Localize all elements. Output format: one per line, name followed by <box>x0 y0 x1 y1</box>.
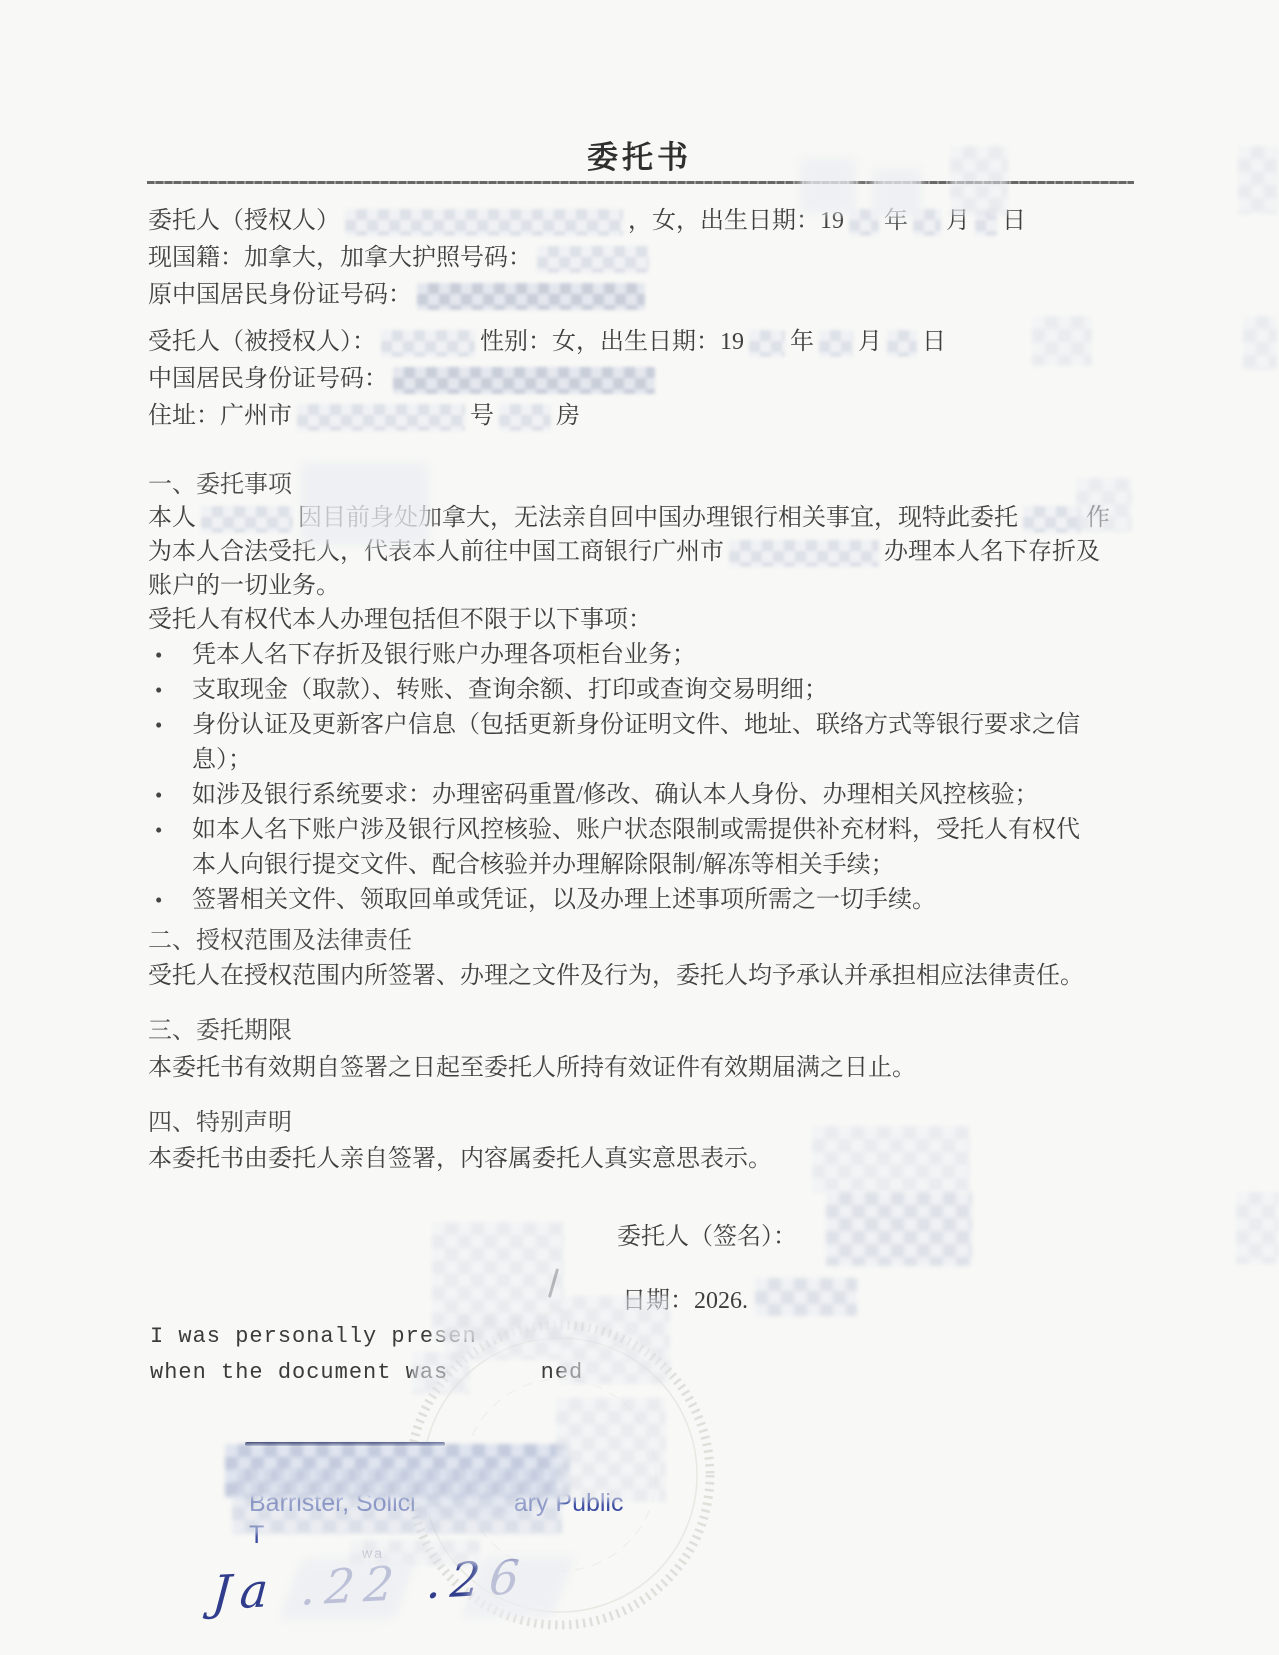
notary-english-line-2: when the document was ned <box>150 1360 583 1385</box>
section4-heading: 四、特别声明 <box>148 1105 292 1142</box>
former-id-label: 原中国居民身份证号码： <box>148 282 412 308</box>
scan-smudge <box>300 462 430 546</box>
bullet-text: 支取现金（取款）、转账、查询余额、打印或查询交易明细； <box>192 673 828 708</box>
bullet-dot: • <box>148 778 192 813</box>
scan-smudge <box>872 168 922 218</box>
bullet-dot: • <box>148 673 192 708</box>
scan-smudge <box>279 1558 418 1620</box>
agent-line-1: 受托人（被授权人）：性别：女，出生日期：19年月日 <box>148 324 946 361</box>
redaction-agent-birth-day <box>887 330 917 357</box>
bullet-item-continuation: 息）； <box>148 743 1148 778</box>
redaction-former-id-number <box>417 283 645 310</box>
redaction-smudge <box>950 146 1008 216</box>
text-fragment: 办理本人名下存折及 <box>884 539 1100 565</box>
text-fragment: when the document was <box>150 1360 448 1385</box>
bullet-dot: • <box>148 883 192 918</box>
section3-heading: 三、委托期限 <box>148 1013 292 1050</box>
nationality-passport-label: 现国籍：加拿大，加拿大护照号码： <box>148 245 532 271</box>
redaction-branch-name <box>729 540 879 567</box>
redaction-agent-name-2 <box>1023 506 1081 533</box>
text-fragment: 本人 <box>148 505 196 531</box>
redaction-principal-name <box>345 209 623 236</box>
section1-p-line2: 为本人合法受托人，代表本人前往中国工商银行广州市办理本人名下存折及 <box>148 535 1110 569</box>
agent-dob-label: 性别：女，出生日期：19 <box>480 329 744 355</box>
redaction-agent-name <box>381 330 475 357</box>
section4-paragraph: 本委托书由委托人亲自签署，内容属委托人真实意思表示。 <box>148 1141 772 1178</box>
bullet-item: •支取现金（取款）、转账、查询余额、打印或查询交易明细； <box>148 673 1148 708</box>
redaction-smudge <box>1236 1192 1279 1264</box>
address-label: 住址：广州市 <box>148 403 292 429</box>
bullet-dot: • <box>148 708 192 743</box>
bullet-item: •签署相关文件、领取回单或凭证，以及办理上述事项所需之一切手续。 <box>148 883 1148 918</box>
redaction-smudge <box>1243 316 1277 370</box>
page-title: 委托书 <box>0 132 1279 177</box>
redaction-principal-name-2 <box>201 506 293 533</box>
redaction-address-2 <box>499 404 551 431</box>
redaction-smudge <box>1238 146 1278 214</box>
notary-english-line-1: I was personally presen <box>150 1324 477 1349</box>
principal-line-2: 现国籍：加拿大，加拿大护照号码： <box>148 240 1026 277</box>
address-hao-char: 号 <box>470 403 494 429</box>
month-char: 月 <box>858 329 882 355</box>
redaction-agent-id-number <box>393 367 655 394</box>
bullet-list: •凭本人名下存折及银行账户办理各项柜台业务； •支取现金（取款）、转账、查询余额… <box>148 638 1148 918</box>
redaction-address-1 <box>297 404 465 431</box>
redaction-smudge <box>556 1398 666 1502</box>
address-fang-char: 房 <box>556 403 580 429</box>
bullet-text: 如本人名下账户涉及银行风控核验、账户状态限制或需提供补充材料，受托人有权代 <box>192 813 1080 848</box>
section1-p-line1: 本人因目前身处加拿大，无法亲自回中国办理银行相关事宜，现特此委托作 <box>148 501 1110 535</box>
text-fragment: 为本人合法受托人，代表本人前往中国工商银行广州市 <box>148 539 724 565</box>
redaction-agent-birth-month <box>819 330 853 357</box>
section2-paragraph: 受托人在授权范围内所签署、办理之文件及行为，委托人均予承认并承担相应法律责任。 <box>148 958 1084 995</box>
redaction-notary-stamp <box>232 1468 562 1534</box>
redaction-english-text <box>412 1352 470 1394</box>
scanned-document-page: 委托书 委托人（授权人），女，出生日期：19年月日 现国籍：加拿大，加拿大护照号… <box>0 0 1279 1655</box>
bullet-item: •身份认证及更新客户信息（包括更新身份证明文件、地址、联络方式等银行要求之信 <box>148 708 1148 743</box>
section1-paragraph: 本人因目前身处加拿大，无法亲自回中国办理银行相关事宜，现特此委托作 为本人合法受… <box>148 501 1110 637</box>
agent-id-label: 中国居民身份证号码： <box>148 366 388 392</box>
section1-p-line3: 账户的一切业务。 <box>148 569 1110 603</box>
redaction-signer-signature <box>826 1192 972 1266</box>
redaction-signing-date <box>755 1278 857 1316</box>
principal-line-3: 原中国居民身份证号码： <box>148 277 1026 314</box>
redaction-smudge <box>560 1296 670 1384</box>
section3-paragraph: 本委托书有效期自签署之日起至委托人所持有效证件有效期届满之日止。 <box>148 1050 916 1087</box>
scan-smudge <box>800 158 856 214</box>
section1-heading: 一、委托事项 <box>148 467 292 504</box>
bullet-item: •如涉及银行系统要求：办理密码重置/修改、确认本人身份、办理相关风控核验； <box>148 778 1148 813</box>
bullet-item: •凭本人名下存折及银行账户办理各项柜台业务； <box>148 638 1148 673</box>
principal-label: 委托人（授权人） <box>148 208 340 234</box>
day-char: 日 <box>922 329 946 355</box>
bullet-text: 签署相关文件、领取回单或凭证，以及办理上述事项所需之一切手续。 <box>192 883 936 918</box>
agent-label: 受托人（被授权人）： <box>148 329 376 355</box>
section2-heading: 二、授权范围及法律责任 <box>148 923 412 960</box>
bullet-text: 凭本人名下存折及银行账户办理各项柜台业务； <box>192 638 696 673</box>
signer-signature-label: 委托人（签名）： <box>617 1219 797 1256</box>
redaction-passport-number <box>537 246 649 273</box>
principal-block: 委托人（授权人），女，出生日期：19年月日 现国籍：加拿大，加拿大护照号码： 原… <box>148 203 1026 314</box>
redaction-smudge <box>1076 478 1132 532</box>
bullet-dot: • <box>148 813 192 848</box>
agent-line-3: 住址：广州市号房 <box>148 398 946 435</box>
redaction-smudge <box>1032 316 1092 366</box>
bullet-dot: • <box>148 638 192 673</box>
redaction-agent-birth-year <box>749 330 785 357</box>
agent-line-2: 中国居民身份证号码： <box>148 361 946 398</box>
section1-p-line4: 受托人有权代本人办理包括但不限于以下事项： <box>148 603 1110 637</box>
bullet-item: •如本人名下账户涉及银行风控核验、账户状态限制或需提供补充材料，受托人有权代 <box>148 813 1148 848</box>
bullet-text: 身份认证及更新客户信息（包括更新身份证明文件、地址、联络方式等银行要求之信 <box>192 708 1080 743</box>
agent-block: 受托人（被授权人）：性别：女，出生日期：19年月日 中国居民身份证号码： 住址：… <box>148 324 946 435</box>
bullet-item-continuation: 本人向银行提交文件、配合核验并办理解除限制/解冻等相关手续； <box>148 848 1148 883</box>
redaction-smudge <box>812 1126 970 1192</box>
bullet-text: 如涉及银行系统要求：办理密码重置/修改、确认本人身份、办理相关风控核验； <box>192 778 1039 813</box>
year-char: 年 <box>790 329 814 355</box>
